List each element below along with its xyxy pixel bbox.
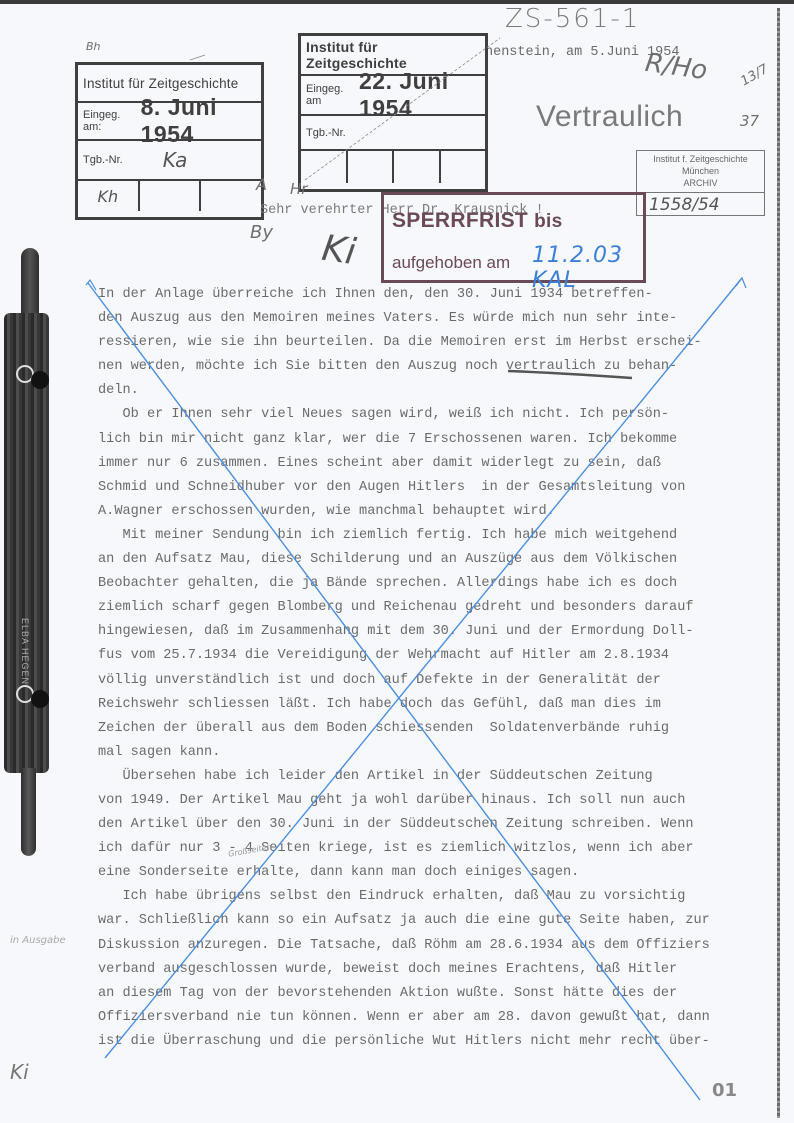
classification-label: Vertraulich bbox=[536, 100, 683, 134]
binder-hole bbox=[31, 690, 49, 708]
annotation-left-note: in Ausgabe bbox=[10, 935, 66, 946]
body-line: Ich habe übrigens selbst den Eindruck er… bbox=[98, 885, 778, 909]
received-stamp-1: Institut für Zeitgeschichte Eingeg. am: … bbox=[75, 62, 264, 220]
stamp-cell: Kh bbox=[78, 181, 140, 211]
archive-stamp: Institut f. Zeitgeschichte München ARCHI… bbox=[636, 150, 765, 216]
body-line: Diskussion anzuregen. Die Tatsache, daß … bbox=[98, 934, 778, 958]
body-line: den Artikel über den 30. Juni in der Süd… bbox=[98, 813, 778, 837]
page-number: 01 bbox=[712, 1080, 737, 1101]
stamp-cell bbox=[301, 151, 348, 183]
archive-code: ZS-561-1 bbox=[505, 4, 640, 34]
body-line: nen werden, möchte ich Sie bitten den Au… bbox=[98, 355, 778, 379]
body-line: lich bin mir nicht ganz klar, wer die 7 … bbox=[98, 428, 778, 452]
body-line: den Auszug aus den Memoiren meines Vater… bbox=[98, 307, 778, 331]
place-date: henstein, am 5.Juni 1954 bbox=[485, 45, 679, 60]
body-line: mal sagen kann. bbox=[98, 741, 778, 765]
sperrfrist-stamp: SPERRFRIST bis aufgehoben am 11.2.03 KAL bbox=[381, 192, 646, 283]
body-line: Zeichen der überall aus dem Boden schies… bbox=[98, 717, 778, 741]
body-line: ziemlich scharf gegen Blomberg und Reich… bbox=[98, 596, 778, 620]
body-line: verband ausgeschlossen wurde, beweist do… bbox=[98, 958, 778, 982]
stamp-institute: Institut für Zeitgeschichte bbox=[83, 76, 238, 91]
body-line: immer nur 6 zusammen. Eines scheint aber… bbox=[98, 452, 778, 476]
reference-sub: 13/7 bbox=[738, 62, 771, 90]
binder-clip-bottom bbox=[21, 768, 36, 856]
stamp-received-label: Eingeg. am bbox=[306, 83, 351, 107]
body-line: ressieren, wie sie ihn beurteilen. Da di… bbox=[98, 331, 778, 355]
body-line: hingewiesen, daß im Zusammenhang mit dem… bbox=[98, 620, 778, 644]
annotation-left-initials: Ki bbox=[10, 1060, 29, 1084]
stamp-cell bbox=[441, 151, 486, 183]
stamp-journal-label: Tgb.-Nr. bbox=[306, 127, 346, 139]
body-line: von 1949. Der Artikel Mau geht ja wohl d… bbox=[98, 789, 778, 813]
archive-stamp-line3: ARCHIV bbox=[637, 177, 764, 189]
annotation-hr: Hr bbox=[290, 180, 307, 198]
binder-clip: ELBA HEGEN bbox=[4, 248, 50, 858]
stamp-cell bbox=[394, 151, 441, 183]
stamp-institute: Institut für Zeitgeschichte bbox=[306, 39, 480, 71]
annotation-bh: Bh bbox=[86, 40, 101, 53]
body-line: deln. bbox=[98, 379, 778, 403]
reference-sub2: 37 bbox=[740, 112, 759, 130]
stamp-cell bbox=[201, 181, 261, 211]
document-page: ZS-561-1 R/Ho 13/7 37 henstein, am 5.Jun… bbox=[0, 0, 794, 1123]
body-line: Schmid und Schneidhuber vor den Augen Hi… bbox=[98, 476, 778, 500]
archive-number: 1558/54 bbox=[637, 192, 764, 217]
annotation-initials: Ki bbox=[319, 228, 358, 273]
stamp-received-date: 22. Juni 1954 bbox=[359, 68, 480, 122]
body-line: an diesem Tag von der bevorstehenden Akt… bbox=[98, 982, 778, 1006]
sperrfrist-title-suffix: bis bbox=[534, 211, 562, 232]
sperrfrist-title: SPERRFRIST bbox=[392, 209, 528, 232]
body-line: Beobachter gehalten, die ja Bände sprech… bbox=[98, 572, 778, 596]
annotation-by: By bbox=[250, 222, 273, 243]
body-line: Übersehen habe ich leider den Artikel in… bbox=[98, 765, 778, 789]
body-line: fus vom 25.7.1934 die Vereidigung der We… bbox=[98, 644, 778, 668]
received-stamp-2: Institut für Zeitgeschichte Eingeg. am 2… bbox=[298, 33, 488, 192]
body-line: ich dafür nur 3 - 4 Seiten kriege, ist e… bbox=[98, 837, 778, 861]
body-line: Ob er Ihnen sehr viel Neues sagen wird, … bbox=[98, 403, 778, 427]
body-line: Offiziersverband nie tun können. Wenn er… bbox=[98, 1006, 778, 1030]
body-line: eine Sonderseite erhalte, dann kann man … bbox=[98, 861, 778, 885]
archive-stamp-line2: München bbox=[637, 165, 764, 177]
annotation-a: A bbox=[256, 175, 267, 194]
body-line: an den Aufsatz Mau, diese Schilderung un… bbox=[98, 548, 778, 572]
body-line: A.Wagner erschossen wurden, wie manchmal… bbox=[98, 500, 778, 524]
binder-brand: ELBA HEGEN bbox=[20, 618, 30, 685]
body-line: In der Anlage überreiche ich Ihnen den, … bbox=[98, 283, 778, 307]
body-line: völlig unverständlich ist und doch auf D… bbox=[98, 669, 778, 693]
archive-stamp-line1: Institut f. Zeitgeschichte bbox=[637, 153, 764, 165]
stamp-journal-value: Ka bbox=[163, 148, 188, 172]
scan-top-edge bbox=[0, 0, 794, 4]
binder-clip-top bbox=[21, 248, 39, 323]
stamp-cell bbox=[140, 181, 202, 211]
body-line: ist die Überraschung und die persönliche… bbox=[98, 1030, 778, 1054]
stamp-received-date: 8. Juni 1954 bbox=[141, 94, 256, 148]
body-line: Mit meiner Sendung bin ich ziemlich fert… bbox=[98, 524, 778, 548]
stamp-received-label: Eingeg. am: bbox=[83, 109, 133, 133]
body-line: Reichswehr schliessen läßt. Ich habe doc… bbox=[98, 693, 778, 717]
binder-hole bbox=[31, 371, 49, 389]
stamp-journal-label: Tgb.-Nr. bbox=[83, 154, 123, 166]
stamp-cell bbox=[348, 151, 395, 183]
letter-body: In der Anlage überreiche ich Ihnen den, … bbox=[98, 283, 778, 1054]
body-line: war. Schließlich kann so ein Aufsatz ja … bbox=[98, 909, 778, 933]
sperrfrist-lifted-label: aufgehoben am bbox=[392, 253, 510, 273]
